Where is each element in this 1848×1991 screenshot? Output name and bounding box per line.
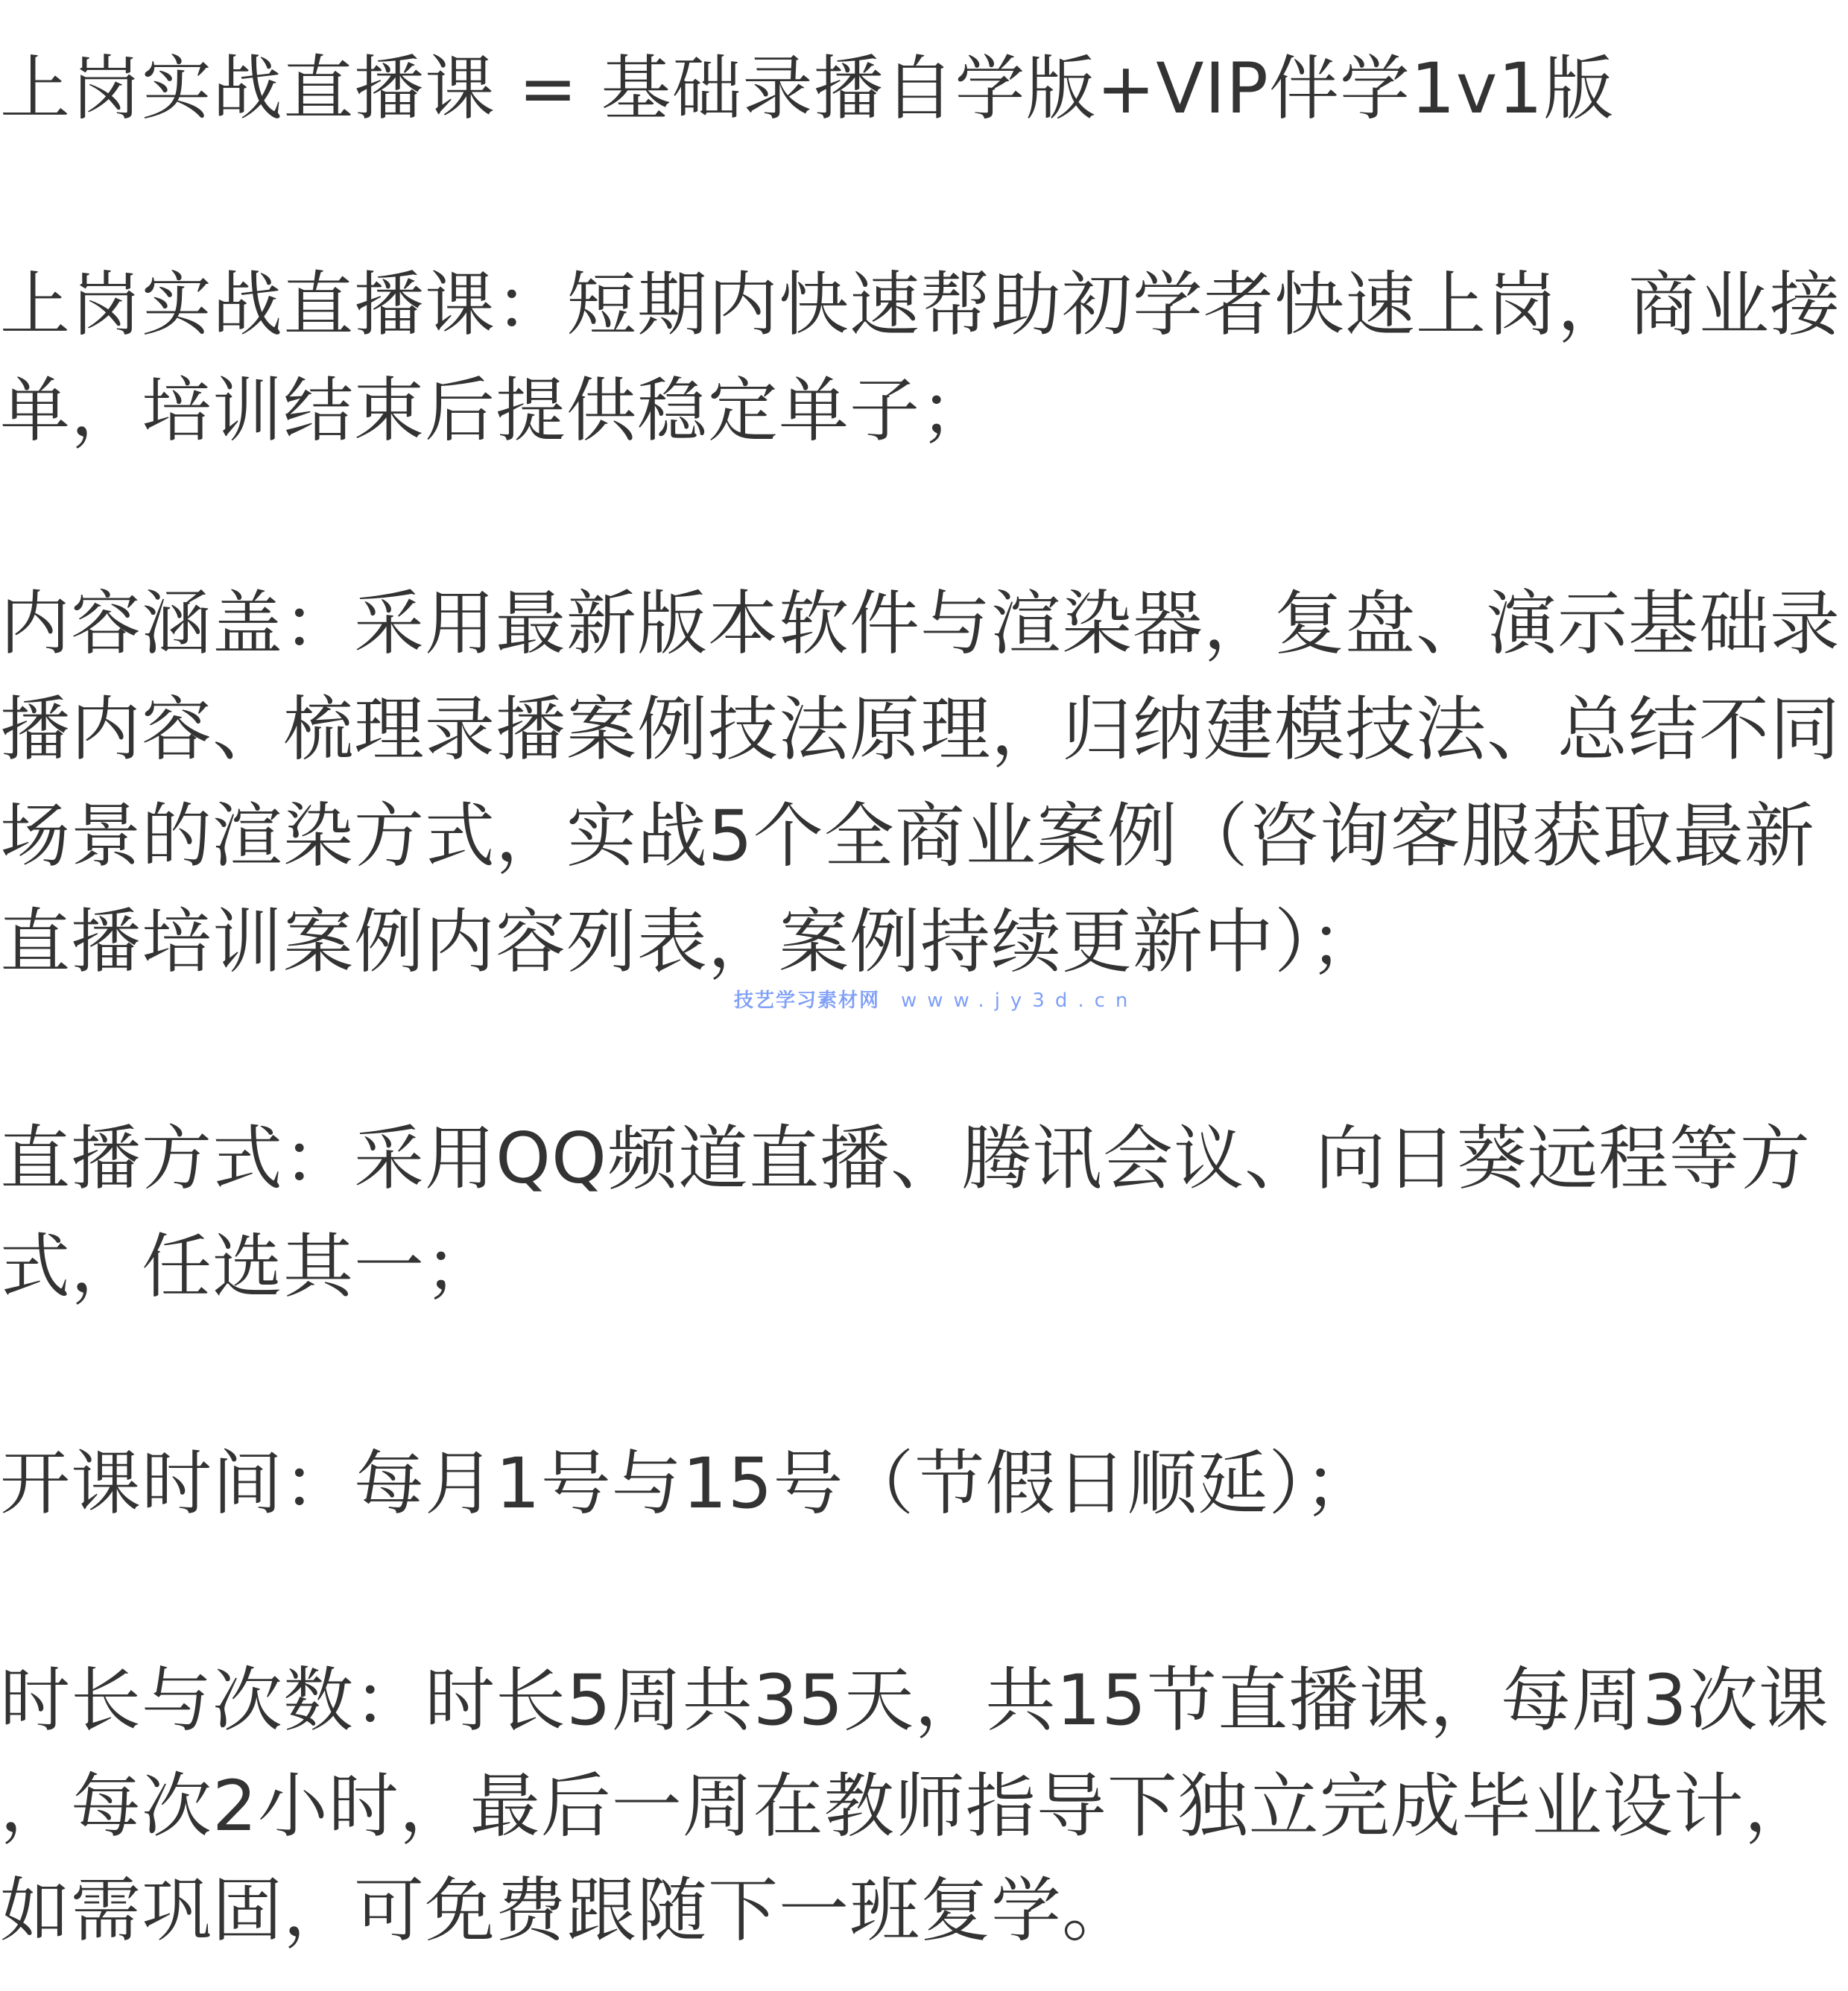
title-line: 上岗实战直播课 = 基础录播自学版+VIP伴学1v1版 [0, 37, 1614, 142]
paragraph-line: 直播培训案例内容列表，案例持续更新中）； [0, 890, 1381, 996]
paragraph-line: 时长与次数：时长5周共35天，共15节直播课，每周3次课 [0, 1648, 1829, 1754]
paragraph-line: 单，培训结束后提供稳定单子； [0, 358, 991, 464]
paragraph-line: 式，任选其一； [0, 1215, 496, 1320]
paragraph-line: 开课时间：每月1号与15号（节假日顺延）； [0, 1431, 1375, 1537]
watermark-url: www.jy3d.cn [901, 990, 1138, 1012]
paragraph-line: 场景的渲染方式，实战5个全商业案例（咨询客服获取最新 [0, 784, 1815, 890]
paragraph-line: ，每次2小时，最后一周在教师指导下独立完成毕业设计， [0, 1754, 1815, 1860]
paragraph-line: 直播方式：采用QQ频道直播、腾讯会议、向日葵远程等方 [0, 1107, 1811, 1212]
paragraph-line: 播内容、梳理录播案例技法原理，归纳建模技法、总结不同 [0, 677, 1841, 783]
paragraph-line: 上岗实战直播课：短期内快速帮助初学者快速上岗，商业接 [0, 253, 1841, 358]
paragraph-line: 如需巩固，可免费跟随下一班复学。 [0, 1858, 1133, 1964]
watermark: 技艺学习素材网www.jy3d.cn [734, 985, 1138, 1013]
paragraph-line: 内容涵盖：采用最新版本软件与渲染器，复盘、演示基础录 [0, 572, 1841, 677]
watermark-site-name: 技艺学习素材网 [734, 990, 880, 1012]
